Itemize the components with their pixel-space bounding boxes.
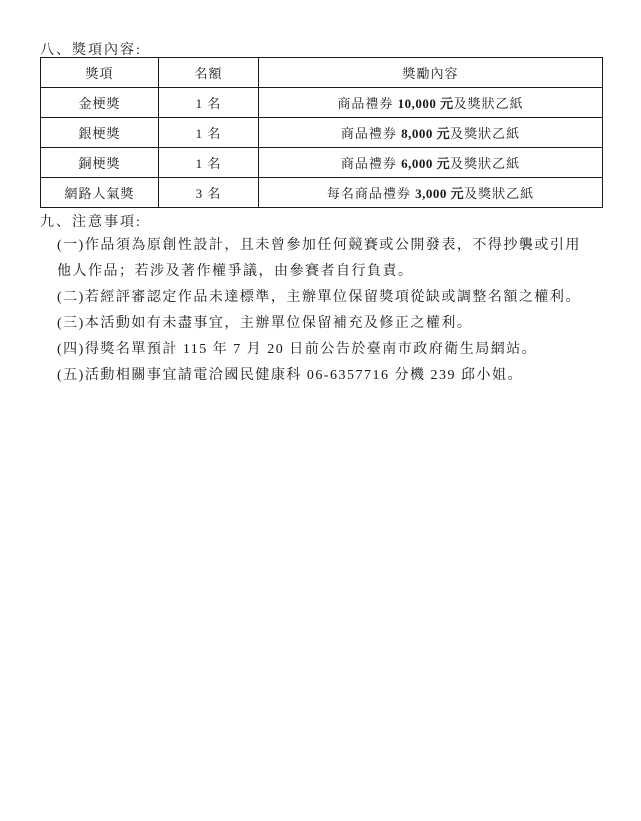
notes-list: (一)作品須為原創性設計，且未曾參加任何競賽或公開發表，不得抄襲或引用 他人作品… bbox=[57, 233, 632, 389]
prize-cell: 銀梗獎 bbox=[41, 118, 159, 148]
quota-cell: 1 名 bbox=[159, 148, 259, 178]
reward-cell: 商品禮券 8,000 元及獎狀乙紙 bbox=[259, 118, 603, 148]
note-line: (五)活動相關事宜請電洽國民健康科 06-6357716 分機 239 邱小姐。 bbox=[57, 363, 632, 389]
section-notes-heading: 九、注意事項: bbox=[40, 211, 142, 231]
reward-amount: 3,000 元 bbox=[415, 186, 464, 201]
quota-cell: 3 名 bbox=[159, 178, 259, 208]
note-line: (三)本活動如有未盡事宜，主辦單位保留補充及修正之權利。 bbox=[57, 311, 632, 337]
reward-cell: 商品禮券 6,000 元及獎狀乙紙 bbox=[259, 148, 603, 178]
reward-text: 及獎狀乙紙 bbox=[450, 156, 520, 171]
reward-text: 及獎狀乙紙 bbox=[454, 96, 524, 111]
table-row: 銅梗獎 1 名 商品禮券 6,000 元及獎狀乙紙 bbox=[41, 148, 603, 178]
document-page: 八、獎項內容: 獎項 名額 獎勵內容 金梗獎 1 名 商品禮券 10,000 元… bbox=[0, 0, 641, 821]
awards-table: 獎項 名額 獎勵內容 金梗獎 1 名 商品禮券 10,000 元及獎狀乙紙 銀梗… bbox=[40, 57, 603, 208]
reward-cell: 商品禮券 10,000 元及獎狀乙紙 bbox=[259, 88, 603, 118]
reward-text: 及獎狀乙紙 bbox=[464, 186, 534, 201]
prize-cell: 銅梗獎 bbox=[41, 148, 159, 178]
note-line: (一)作品須為原創性設計，且未曾參加任何競賽或公開發表，不得抄襲或引用 bbox=[57, 233, 632, 259]
awards-table-header-row: 獎項 名額 獎勵內容 bbox=[41, 58, 603, 88]
quota-cell: 1 名 bbox=[159, 88, 259, 118]
reward-amount: 10,000 元 bbox=[398, 96, 454, 111]
reward-amount: 6,000 元 bbox=[401, 156, 450, 171]
reward-text: 商品禮券 bbox=[341, 126, 401, 141]
note-line: 他人作品；若涉及著作權爭議，由參賽者自行負責。 bbox=[57, 259, 632, 285]
prize-cell: 網路人氣獎 bbox=[41, 178, 159, 208]
column-header-prize: 獎項 bbox=[41, 58, 159, 88]
quota-cell: 1 名 bbox=[159, 118, 259, 148]
reward-text: 商品禮券 bbox=[341, 156, 401, 171]
table-row: 金梗獎 1 名 商品禮券 10,000 元及獎狀乙紙 bbox=[41, 88, 603, 118]
note-line: (四)得獎名單預計 115 年 7 月 20 日前公告於臺南市政府衛生局網站。 bbox=[57, 337, 632, 363]
note-line: (二)若經評審認定作品未達標準，主辦單位保留獎項從缺或調整名額之權利。 bbox=[57, 285, 632, 311]
reward-text: 商品禮券 bbox=[337, 96, 397, 111]
reward-cell: 每名商品禮券 3,000 元及獎狀乙紙 bbox=[259, 178, 603, 208]
table-row: 網路人氣獎 3 名 每名商品禮券 3,000 元及獎狀乙紙 bbox=[41, 178, 603, 208]
prize-cell: 金梗獎 bbox=[41, 88, 159, 118]
reward-amount: 8,000 元 bbox=[401, 126, 450, 141]
section-awards-heading: 八、獎項內容: bbox=[40, 39, 142, 59]
reward-text: 及獎狀乙紙 bbox=[450, 126, 520, 141]
column-header-reward: 獎勵內容 bbox=[259, 58, 603, 88]
reward-text: 每名商品禮券 bbox=[327, 186, 415, 201]
table-row: 銀梗獎 1 名 商品禮券 8,000 元及獎狀乙紙 bbox=[41, 118, 603, 148]
column-header-quota: 名額 bbox=[159, 58, 259, 88]
